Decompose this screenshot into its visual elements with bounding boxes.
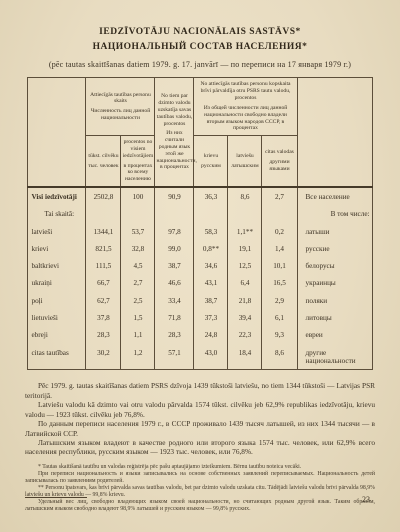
cell-native <box>155 205 194 222</box>
paragraph: Латышским языком владеют в качестве родн… <box>25 438 375 457</box>
cell-latvian: 1,1** <box>228 223 262 240</box>
cell-percent <box>121 205 155 222</box>
header-count-group-lv: Attiecīgās tautības personu skaits <box>87 92 153 106</box>
row-label-ru: В том числе: <box>297 205 372 222</box>
cell-russian: 0,8** <box>194 240 228 257</box>
row-label-lv: lietuvieši <box>28 309 86 326</box>
row-label-lv: krievi <box>28 240 86 257</box>
table-row: krievi 821,5 32,8 99,0 0,8** 19,1 1,4 ру… <box>28 240 372 257</box>
table-row-subhead: Tai skaitā: В том числе: <box>28 205 372 222</box>
cell-percent: 1,2 <box>121 344 155 370</box>
row-label-ru: украинцы <box>297 274 372 291</box>
cell-russian <box>194 205 228 222</box>
footnote: При переписи национальность и языки запи… <box>25 471 375 485</box>
cell-percent: 2,7 <box>121 274 155 291</box>
cell-latvian: 19,1 <box>228 240 262 257</box>
cell-thousands: 821,5 <box>86 240 121 257</box>
cell-native: 99,0 <box>155 240 194 257</box>
header-russian-language-ru: русским <box>195 163 226 170</box>
cell-thousands: 62,7 <box>86 292 121 309</box>
cell-other: 6,1 <box>262 309 297 326</box>
table-row-total: Visi iedzīvotāji 2502,8 100 90,9 36,3 8,… <box>28 187 372 205</box>
cell-russian: 58,3 <box>194 223 228 240</box>
cell-thousands: 2502,8 <box>86 187 121 205</box>
cell-latvian <box>228 205 262 222</box>
header-second-language-group: No attiecīgās tautības personu kopskaita… <box>194 78 297 136</box>
cell-russian: 24,8 <box>194 326 228 343</box>
cell-thousands: 66,7 <box>86 274 121 291</box>
row-label-lv: ukraiņi <box>28 274 86 291</box>
footnote: Удельный вес лиц, свободно владеющих язы… <box>25 499 375 513</box>
table-row: poļi 62,7 2,5 33,4 38,7 21,8 2,9 поляки <box>28 292 372 309</box>
cell-latvian: 12,5 <box>228 257 262 274</box>
cell-thousands <box>86 205 121 222</box>
header-count-group-ru: Численность лиц данной национальности <box>87 108 153 122</box>
cell-other: 9,3 <box>262 326 297 343</box>
header-percent: procentos no visiem iedzīvotājiem в проц… <box>121 136 155 187</box>
row-label-ru: другие национальности <box>297 344 372 370</box>
cell-native: 33,4 <box>155 292 194 309</box>
cell-native: 28,3 <box>155 326 194 343</box>
cell-latvian: 39,4 <box>228 309 262 326</box>
row-label-ru: белорусы <box>297 257 372 274</box>
header-latvian-language: latviešu латышским <box>228 136 262 187</box>
cell-native: 97,8 <box>155 223 194 240</box>
cell-latvian: 6,4 <box>228 274 262 291</box>
document-page: IEDZĪVOTĀJU NACIONĀLAIS SASTĀVS* НАЦИОНА… <box>0 0 400 532</box>
row-label-lv: Visi iedzīvotāji <box>28 187 86 205</box>
row-label-ru: латыши <box>297 223 372 240</box>
document-title-lv: IEDZĪVOTĀJU NACIONĀLAIS SASTĀVS* <box>0 25 400 40</box>
cell-thousands: 1344,1 <box>86 223 121 240</box>
cell-russian: 38,7 <box>194 292 228 309</box>
footnote-rule <box>25 497 87 498</box>
row-label-ru: Все население <box>297 187 372 205</box>
header-other-languages-lv: citas valodas <box>263 149 295 156</box>
header-second-language-group-ru: Из общей численности лиц данной национал… <box>195 105 295 132</box>
header-native-language-lv: No tiem par dzimto valodu uzskatīja sava… <box>156 93 192 127</box>
cell-native: 57,1 <box>155 344 194 370</box>
row-label-ru: русские <box>297 240 372 257</box>
census-table-body: Visi iedzīvotāji 2502,8 100 90,9 36,3 8,… <box>28 187 372 370</box>
footnotes-block: * Tautas skaitīšanā tautību un valodas r… <box>25 464 375 513</box>
cell-latvian: 8,6 <box>228 187 262 205</box>
cell-latvian: 22,3 <box>228 326 262 343</box>
header-thousands-lv: tūkst. cilvēku <box>87 153 119 160</box>
census-table: Attiecīgās tautības personu skaits Числе… <box>27 77 372 370</box>
cell-native: 38,7 <box>155 257 194 274</box>
header-russian-language: krievu русским <box>194 136 228 187</box>
cell-other: 8,6 <box>262 344 297 370</box>
cell-percent: 100 <box>121 187 155 205</box>
header-thousands: tūkst. cilvēku тыс. человек <box>86 136 121 187</box>
cell-thousands: 28,3 <box>86 326 121 343</box>
header-latvian-language-lv: latviešu <box>229 153 260 160</box>
row-label-lv: citas tautības <box>28 344 86 370</box>
cell-native: 46,6 <box>155 274 194 291</box>
cell-other: 2,9 <box>262 292 297 309</box>
cell-percent: 53,7 <box>121 223 155 240</box>
row-label-lv: Tai skaitā: <box>28 205 86 222</box>
paragraph: Latviešu valodu kā dzimto vai otru valod… <box>25 400 375 419</box>
header-other-languages-ru: другими языками <box>263 159 295 173</box>
row-label-lv: latvieši <box>28 223 86 240</box>
cell-thousands: 111,5 <box>86 257 121 274</box>
document-title-block: IEDZĪVOTĀJU NACIONĀLAIS SASTĀVS* НАЦИОНА… <box>0 0 400 54</box>
cell-percent: 4,5 <box>121 257 155 274</box>
header-percent-lv: procentos no visiem iedzīvotājiem <box>122 139 153 159</box>
cell-native: 90,9 <box>155 187 194 205</box>
row-label-ru: поляки <box>297 292 372 309</box>
cell-other: 10,1 <box>262 257 297 274</box>
header-latvian-language-ru: латышским <box>229 163 260 170</box>
census-table-header: Attiecīgās tautības personu skaits Числе… <box>28 78 372 187</box>
cell-other <box>262 205 297 222</box>
page-number: 23 <box>362 495 370 504</box>
header-empty-ru-labels <box>297 78 372 187</box>
row-label-lv: poļi <box>28 292 86 309</box>
header-count-group: Attiecīgās tautības personu skaits Числе… <box>86 78 155 136</box>
cell-russian: 34,6 <box>194 257 228 274</box>
header-other-languages: citas valodas другими языками <box>262 136 297 187</box>
cell-thousands: 30,2 <box>86 344 121 370</box>
cell-other: 1,4 <box>262 240 297 257</box>
table-row: ebreji 28,3 1,1 28,3 24,8 22,3 9,3 евреи <box>28 326 372 343</box>
header-thousands-ru: тыс. человек <box>87 163 119 170</box>
row-label-ru: евреи <box>297 326 372 343</box>
cell-russian: 43,1 <box>194 274 228 291</box>
header-percent-ru: в процентах ко всему населению <box>122 163 153 183</box>
paragraph: Pēc 1979. g. tautas skaitīšanas datiem P… <box>25 381 375 400</box>
cell-latvian: 18,4 <box>228 344 262 370</box>
table-row: latvieši 1344,1 53,7 97,8 58,3 1,1** 0,2… <box>28 223 372 240</box>
cell-thousands: 37,8 <box>86 309 121 326</box>
row-label-lv: ebreji <box>28 326 86 343</box>
table-row: baltkrievi 111,5 4,5 38,7 34,6 12,5 10,1… <box>28 257 372 274</box>
cell-percent: 32,8 <box>121 240 155 257</box>
document-title-ru: НАЦИОНАЛЬНЫЙ СОСТАВ НАСЕЛЕНИЯ* <box>0 40 400 55</box>
cell-russian: 36,3 <box>194 187 228 205</box>
cell-other: 0,2 <box>262 223 297 240</box>
footnote: * Tautas skaitīšanā tautību un valodas r… <box>25 464 375 471</box>
cell-percent: 1,1 <box>121 326 155 343</box>
table-row: ukraiņi 66,7 2,7 46,6 43,1 6,4 16,5 укра… <box>28 274 372 291</box>
row-label-ru: литовцы <box>297 309 372 326</box>
cell-russian: 37,3 <box>194 309 228 326</box>
document-subtitle: (pēc tautas skaitīšanas datiem 1979. g. … <box>0 60 400 69</box>
table-row: citas tautības 30,2 1,2 57,1 43,0 18,4 8… <box>28 344 372 370</box>
body-text: Pēc 1979. g. tautas skaitīšanas datiem P… <box>25 381 375 457</box>
header-empty-lv-labels <box>28 78 86 187</box>
table-row: lietuvieši 37,8 1,5 71,8 37,3 39,4 6,1 л… <box>28 309 372 326</box>
header-native-language: No tiem par dzimto valodu uzskatīja sava… <box>155 78 194 187</box>
cell-percent: 2,5 <box>121 292 155 309</box>
paragraph: По данным переписи населения 1979 г., в … <box>25 419 375 438</box>
cell-other: 2,7 <box>262 187 297 205</box>
header-native-language-ru: Из них считали родным язык этой же нацио… <box>156 130 192 171</box>
cell-latvian: 21,8 <box>228 292 262 309</box>
header-second-language-group-lv: No attiecīgās tautības personu kopskaita… <box>195 81 295 101</box>
cell-other: 16,5 <box>262 274 297 291</box>
cell-russian: 43,0 <box>194 344 228 370</box>
cell-percent: 1,5 <box>121 309 155 326</box>
header-russian-language-lv: krievu <box>195 153 226 160</box>
cell-native: 71,8 <box>155 309 194 326</box>
row-label-lv: baltkrievi <box>28 257 86 274</box>
